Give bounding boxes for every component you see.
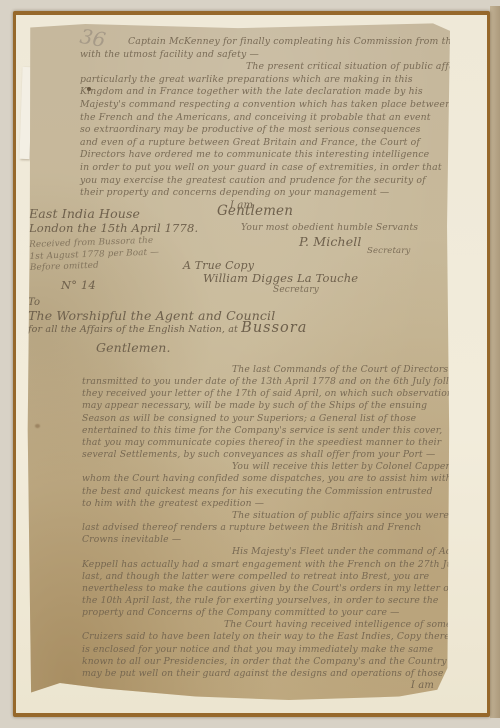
manuscript-text-line: and even of a rupture between Great Brit… <box>80 137 488 150</box>
manuscript-text-line: several Settlements, by such conveyances… <box>82 449 454 461</box>
manuscript-text-line: whom the Court having confided some disp… <box>82 473 454 485</box>
manuscript-text-line: Kingdom and in France together with the … <box>80 86 488 99</box>
dateline-date: London the 15th April 1778. <box>29 221 198 235</box>
manuscript-text-line: particularly the great warlike preparati… <box>80 74 488 87</box>
body-paragraph-3: The situation of public affairs since yo… <box>82 510 454 546</box>
manuscript-text-line: to him with the greatest expedition — <box>82 498 454 510</box>
closing-block: Gentlemen Your most obedient humble Serv… <box>181 205 449 296</box>
manuscript-text-line: The situation of public affairs since yo… <box>82 510 454 522</box>
manuscript-text-line: the 10th April last, the rule for exerti… <box>82 595 454 607</box>
manuscript-text-line: entertained to this time for the Company… <box>82 425 454 437</box>
manuscript-text-line: Directors have ordered me to communicate… <box>80 149 488 162</box>
manuscript-text-line: is enclosed for your notice and that you… <box>82 644 454 656</box>
manuscript-text-line: with the utmost facility and safety — <box>80 49 488 62</box>
adjacent-page-edge <box>490 6 500 718</box>
dateline-block: East India House London the 15th April 1… <box>29 207 198 292</box>
address-line-2: for all the Affairs of the English Natio… <box>28 322 307 336</box>
manuscript-text-line: the best and quickest means for his exec… <box>82 486 454 498</box>
manuscript-page: 36 Captain McKenney for finally compleat… <box>26 22 450 702</box>
manuscript-text-line: that you may communicate copies thereof … <box>82 437 454 449</box>
manuscript-text-line: Keppell has actually had a smart engagem… <box>82 559 454 571</box>
manuscript-text-line: Cruizers said to have been lately on the… <box>82 631 454 643</box>
manuscript-text-line: The last Commands of the Court of Direct… <box>82 364 454 376</box>
document-number: N° 14 <box>61 278 198 292</box>
manuscript-text-line: Captain McKenney for finally compleating… <box>80 36 488 49</box>
received-note: Received from Bussora the1st August 1778… <box>29 234 199 274</box>
closing-salutation: Gentlemen <box>217 205 449 217</box>
manuscript-text-line: the French and the Americans, and concei… <box>80 112 488 125</box>
manuscript-text-line: their property and concerns depending on… <box>80 187 488 200</box>
body-salutation: Gentlemen. <box>96 341 307 354</box>
body-paragraph-1: The last Commands of the Court of Direct… <box>82 364 454 461</box>
opening-fragment: Captain McKenney for finally compleating… <box>80 36 488 212</box>
manuscript-text-line: may appear necessary, will be made by su… <box>82 400 454 412</box>
manuscript-text-line: transmitted to you under date of the 13t… <box>82 376 454 388</box>
manuscript-text-line: known to all our Presidencies, in order … <box>82 656 454 668</box>
manuscript-text-line: last, and though the latter were compell… <box>82 571 454 583</box>
manuscript-text-line: nevertheless to make the cautions given … <box>82 583 454 595</box>
manuscript-text-line: The present critical situation of public… <box>80 61 488 74</box>
body-paragraph-4: His Majesty's Fleet under the command of… <box>82 546 454 619</box>
paper-stain <box>35 424 40 428</box>
body-paragraph-2: You will receive this letter by Colonel … <box>82 461 454 510</box>
body-signoff: I am <box>82 680 454 692</box>
manuscript-text-line: The Court having received intelligence o… <box>82 619 454 631</box>
manuscript-text-line: You will receive this letter by Colonel … <box>82 461 454 473</box>
address-line-2-text: for all the Affairs of the English Natio… <box>28 324 241 335</box>
manuscript-text-line: you may exercise the greatest caution an… <box>80 175 488 188</box>
opening-paragraph-1: Captain McKenney for finally compleating… <box>80 36 488 61</box>
manuscript-text-line: property and Concerns of the Company com… <box>82 607 454 619</box>
manuscript-text-line: in order to put you well on your guard i… <box>80 162 488 175</box>
copyist-signature: William Digges La Touche <box>203 272 449 284</box>
manuscript-text-line: Majesty's command respecting a conventio… <box>80 99 488 112</box>
manuscript-text-line: so extraordinary may be productive of th… <box>80 124 488 137</box>
manuscript-text-line: Crowns inevitable — <box>82 534 454 546</box>
manuscript-text-line: may be put well on their guard against t… <box>82 668 454 680</box>
address-place: Bussora <box>241 320 307 336</box>
letter-body: The last Commands of the Court of Direct… <box>82 364 454 692</box>
manuscript-text-line: Season as will be consigned to your Supe… <box>82 413 454 425</box>
address-block: To The Worshipful the Agent and Council … <box>28 296 307 354</box>
dateline-place: East India House <box>29 207 198 221</box>
body-paragraph-5: The Court having received intelligence o… <box>82 619 454 680</box>
manuscript-text-line: last advised thereof renders a rupture b… <box>82 522 454 534</box>
signature-title: Secretary <box>367 245 449 257</box>
copyist-title: Secretary <box>273 284 449 296</box>
manuscript-text-line: they received your letter of the 17th of… <box>82 388 454 400</box>
manuscript-text-line: His Majesty's Fleet under the command of… <box>82 546 454 558</box>
opening-paragraph-2: The present critical situation of public… <box>80 61 488 200</box>
closing-valediction: Your most obedient humble Servants <box>241 222 449 234</box>
